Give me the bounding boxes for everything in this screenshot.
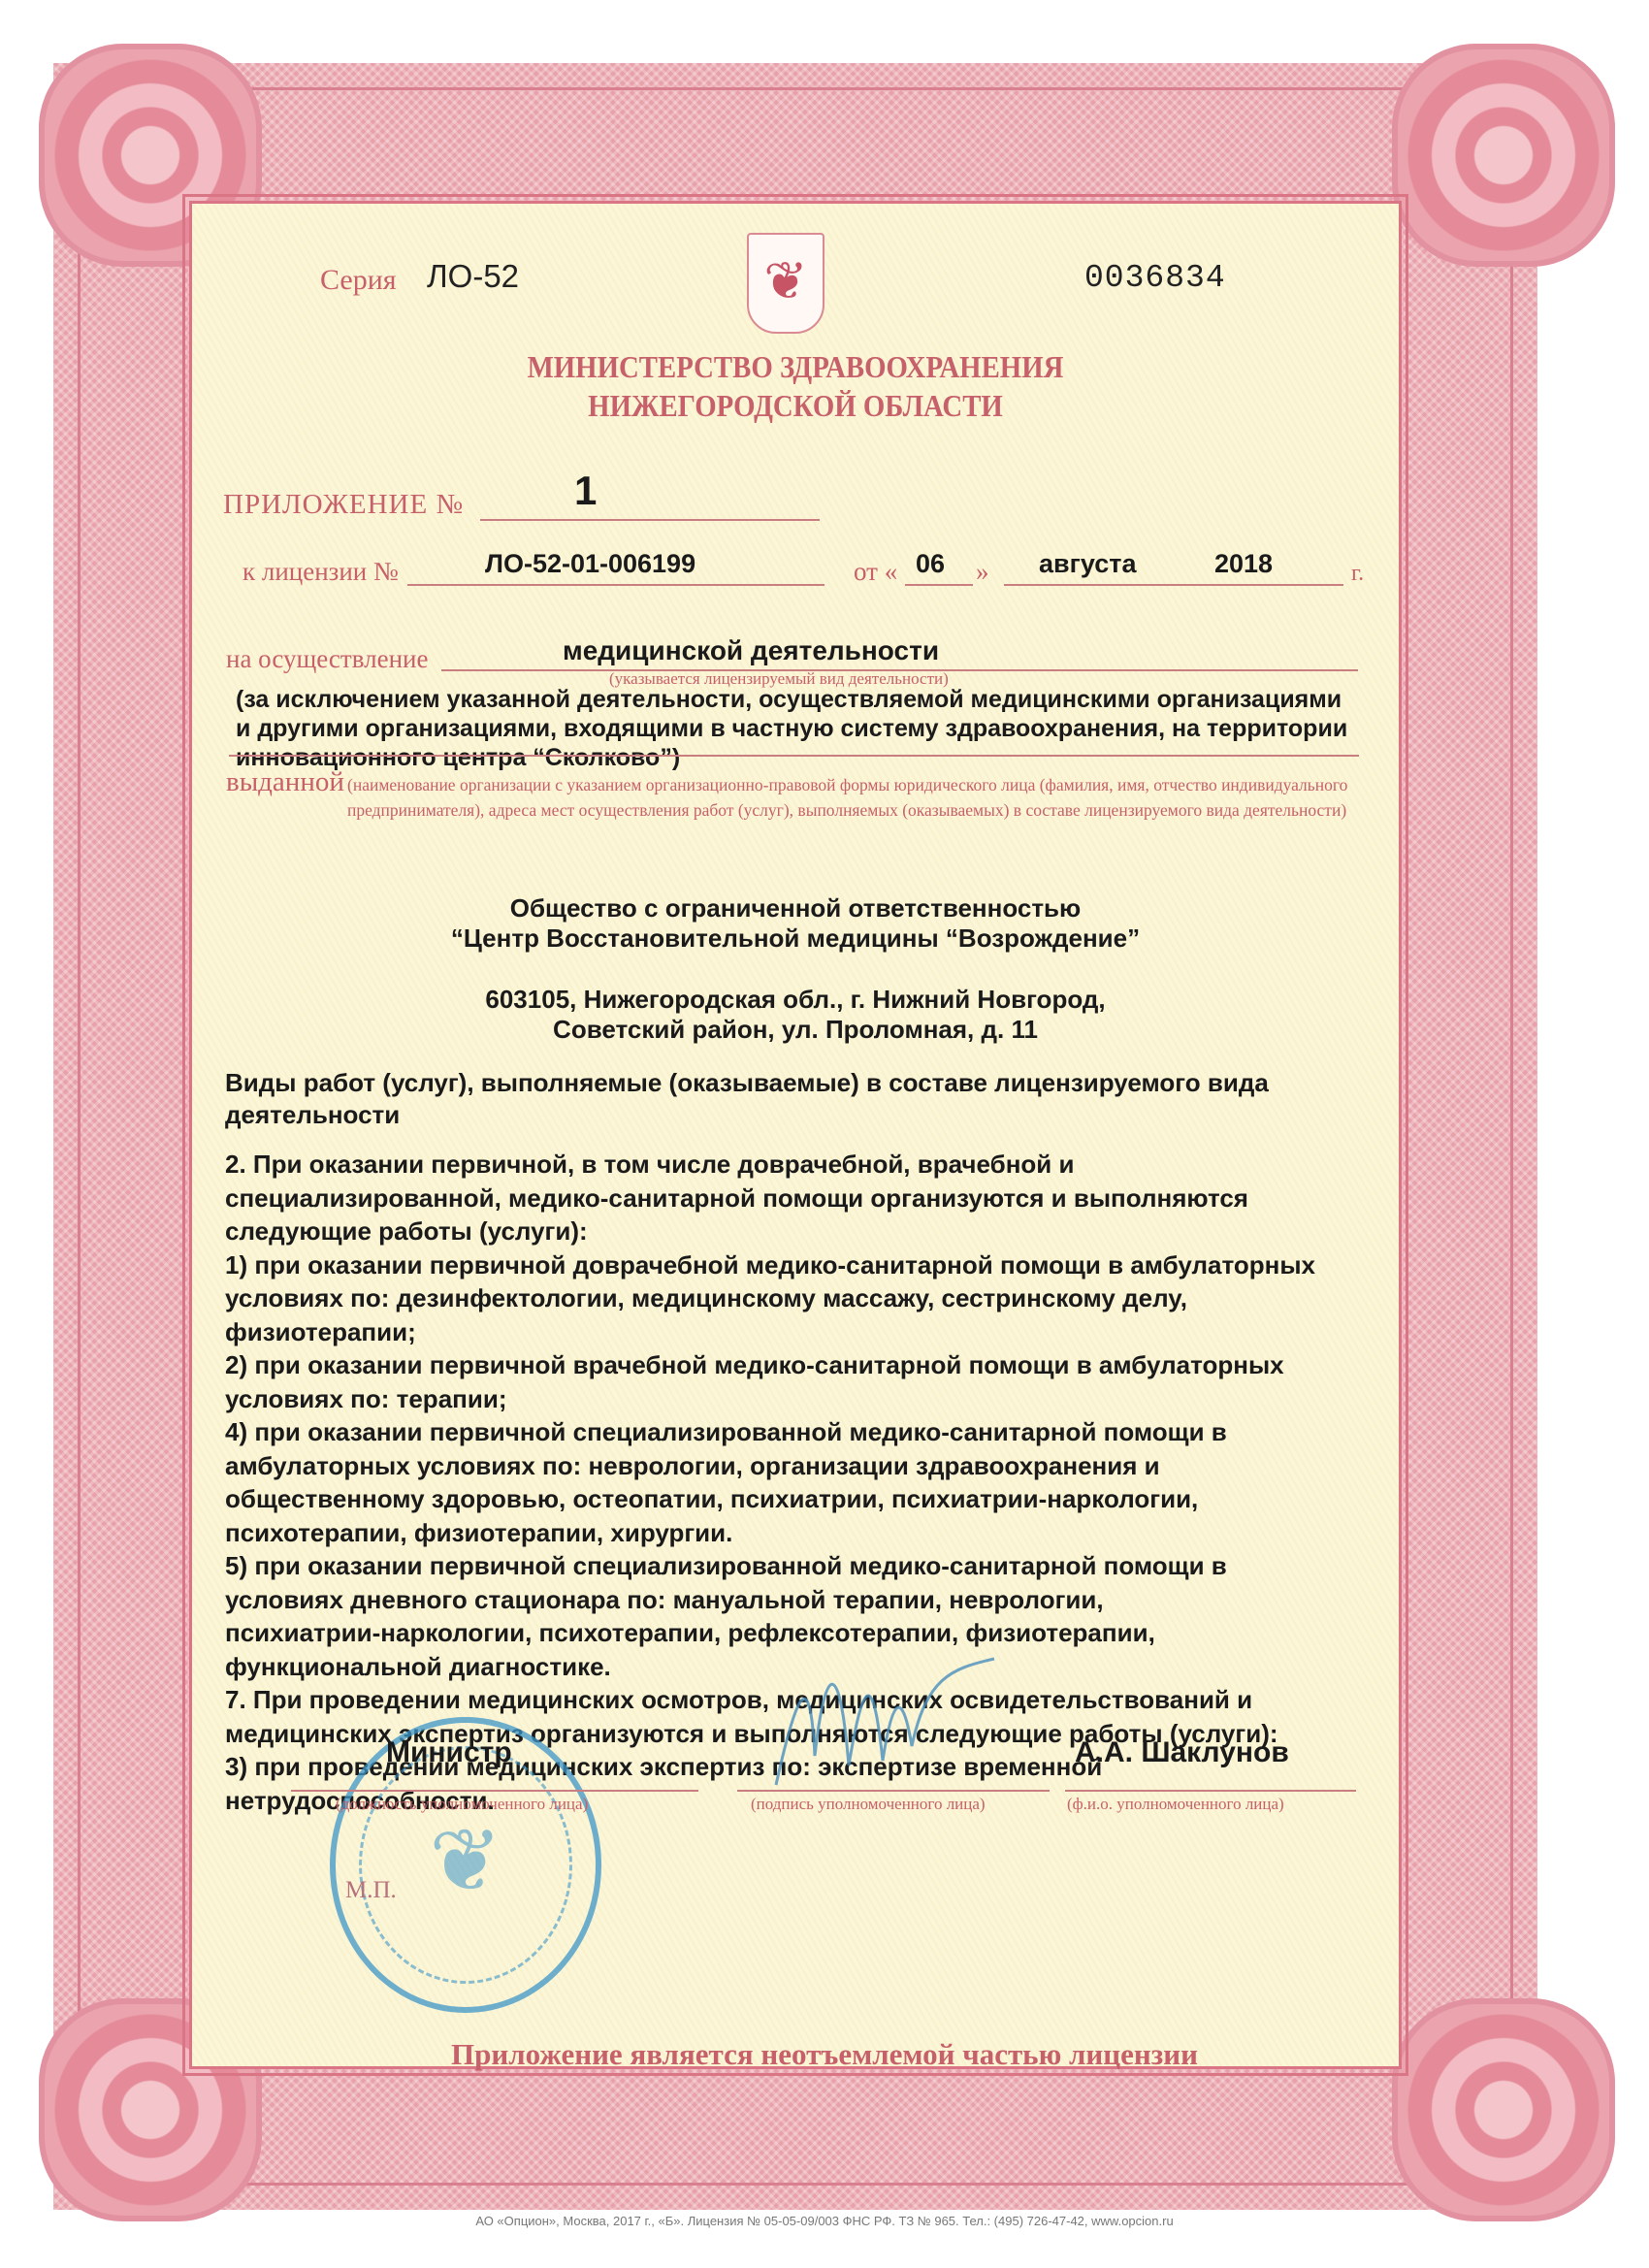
position-underline	[291, 1790, 698, 1792]
service-line: общественному здоровью, остеопатии, псих…	[225, 1482, 1418, 1516]
address-line1: 603105, Нижегородская обл., г. Нижний Но…	[192, 985, 1399, 1015]
issued-hint: (наименование организации с указанием ор…	[347, 772, 1375, 823]
service-line: условиях по: дезинфектологии, медицинско…	[225, 1281, 1418, 1315]
activity-label: на осуществление	[226, 644, 428, 674]
license-day: 06	[916, 549, 945, 579]
service-line: 1) при оказании первичной доврачебной ме…	[225, 1248, 1418, 1282]
signatory-position: Министр	[386, 1736, 512, 1769]
organization-name-line2: “Центр Восстановительной медицины “Возро…	[192, 923, 1399, 954]
organization-name-line1: Общество с ограниченной ответственностью	[192, 893, 1399, 923]
license-year: 2018	[1214, 549, 1273, 579]
issued-label: выданной	[226, 766, 344, 798]
handwritten-signature	[757, 1639, 1009, 1795]
license-month: августа	[1039, 549, 1136, 579]
service-line: 5) при оказании первичной специализирова…	[225, 1549, 1418, 1583]
name-underline	[1065, 1790, 1356, 1792]
address-line2: Советский район, ул. Проломная, д. 11	[192, 1015, 1399, 1045]
activity-value: медицинской деятельности	[563, 635, 939, 666]
ministry-title-line1: МИНИСТЕРСТВО ЗДРАВООХРАНЕНИЯ	[53, 349, 1537, 385]
ministry-title-line2: НИЖЕГОРОДСКОЙ ОБЛАСТИ	[53, 388, 1537, 424]
services-heading: Виды работ (услуг), выполняемые (оказыва…	[225, 1067, 1370, 1131]
signatory-name: А.А. Шаклунов	[1075, 1736, 1289, 1769]
coat-of-arms-icon: ❦	[747, 233, 824, 334]
position-caption: (должность уполномоченного лица)	[336, 1795, 588, 1814]
seal-place-label: М.П.	[345, 1877, 397, 1904]
activity-exclusion: (за исключением указанной деятельности, …	[236, 685, 1351, 772]
service-line: 4) при оказании первичной специализирова…	[225, 1415, 1418, 1449]
corner-rosette-icon	[1392, 44, 1615, 267]
date-from-label: от «	[854, 557, 897, 587]
year-suffix: г.	[1351, 561, 1364, 587]
license-number-underline	[407, 584, 824, 586]
organization-name: Общество с ограниченной ответственностью…	[192, 893, 1399, 954]
signature-underline	[737, 1790, 1050, 1792]
license-number: ЛО-52-01-006199	[485, 549, 695, 579]
service-line: амбулаторных условиях по: неврологии, ор…	[225, 1449, 1418, 1483]
series-value: ЛО-52	[427, 258, 519, 295]
day-underline	[905, 584, 973, 586]
exclusion-underline	[229, 755, 1359, 757]
appendix-number: 1	[574, 468, 597, 514]
service-line: психотерапии, физиотерапии, хирургии.	[225, 1516, 1418, 1550]
month-year-underline	[1004, 584, 1343, 586]
signature-caption: (подпись уполномоченного лица)	[751, 1795, 986, 1814]
service-line: условиях по: терапии;	[225, 1382, 1418, 1416]
service-line: 2) при оказании первичной врачебной меди…	[225, 1348, 1418, 1382]
serial-number: 0036834	[1084, 260, 1226, 296]
service-line: специализированной, медико-санитарной по…	[225, 1182, 1418, 1215]
printer-imprint: АО «Опцион», Москва, 2017 г., «Б». Лицен…	[0, 2214, 1649, 2228]
appendix-underline	[480, 519, 820, 521]
service-line: условиях дневного стационара по: мануаль…	[225, 1583, 1418, 1617]
date-close-quote: »	[976, 557, 989, 587]
service-line: следующие работы (услуги):	[225, 1215, 1418, 1248]
license-label: к лицензии №	[242, 557, 399, 587]
name-caption: (ф.и.о. уполномоченного лица)	[1067, 1795, 1284, 1814]
service-line: 2. При оказании первичной, в том числе д…	[225, 1148, 1418, 1182]
appendix-footer-note: Приложение является неотъемлемой частью …	[0, 2037, 1649, 2072]
appendix-label: ПРИЛОЖЕНИЕ №	[223, 489, 464, 521]
corner-rosette-icon	[1392, 1998, 1615, 2221]
service-line: физиотерапии;	[225, 1315, 1418, 1349]
organization-address: 603105, Нижегородская обл., г. Нижний Но…	[192, 985, 1399, 1045]
series-label: Серия	[320, 264, 397, 297]
